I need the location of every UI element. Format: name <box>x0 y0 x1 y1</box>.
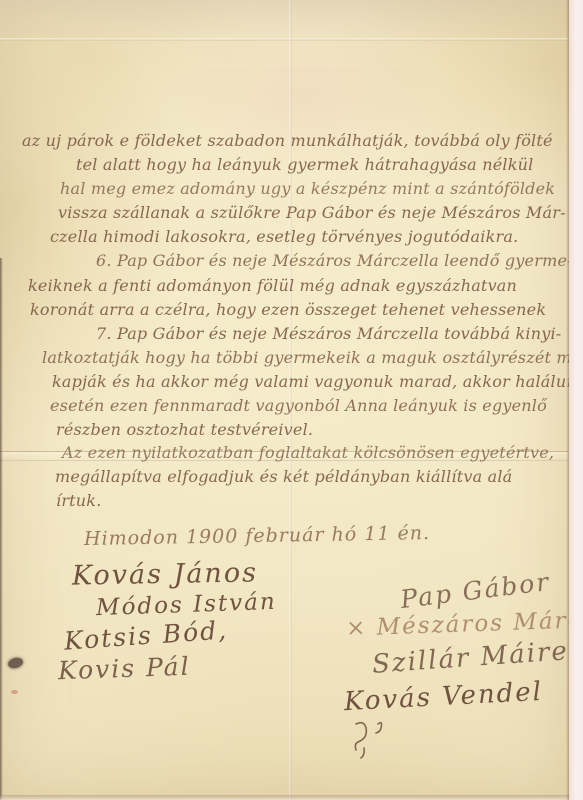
date-line: Himodon 1900 február hó 11 én. <box>84 522 430 550</box>
signature: Kovás Vendel <box>343 677 543 717</box>
signature: Módos István <box>96 589 278 621</box>
handwritten-line: részben osztozhat testvéreivel. <box>56 420 313 439</box>
signature: Kovis Pál <box>58 652 191 686</box>
handwritten-line: tel alatt hogy ha leányuk gyermek hátrah… <box>76 155 533 174</box>
scanner-background-strip <box>569 0 583 800</box>
fold-crease-top <box>0 38 569 41</box>
handwritten-line: kapják és ha akkor még valami vagyonuk m… <box>52 372 569 391</box>
pen-flourish <box>350 718 394 760</box>
handwritten-line: esetén ezen fennmaradt vagyonból Anna le… <box>50 396 547 415</box>
handwritten-line-clause-6: 6. Pap Gábor és neje Mészáros Márczella … <box>96 251 569 270</box>
handwritten-line: koronát arra a czélra, hogy ezen összege… <box>30 300 546 319</box>
signature: Kotsis Bód, <box>63 615 229 655</box>
paper-edge-shadow-right <box>566 0 569 800</box>
handwritten-line: keiknek a fenti adományon fölül még adna… <box>28 276 517 295</box>
ink-blot <box>7 656 24 669</box>
handwritten-line: czella himodi lakosokra, esetleg törvény… <box>50 227 518 246</box>
signature-with-cross-mark: × Mészáros Márcze <box>346 606 569 641</box>
handwritten-line: vissza szállanak a szülőkre Pap Gábor és… <box>58 203 566 222</box>
handwritten-line: az uj párok e földeket szabadon munkálha… <box>22 131 553 150</box>
handwritten-line-clause-7: 7. Pap Gábor és neje Mészáros Márczella … <box>96 324 561 343</box>
red-speck <box>11 690 18 694</box>
handwritten-line: latkoztatják hogy ha többi gyermekeik a … <box>42 348 569 367</box>
paper-edge-shadow-left <box>0 258 3 800</box>
handwritten-line-closing: Az ezen nyilatkozatban foglaltakat kölcs… <box>62 443 554 462</box>
signature: Kovás János <box>72 557 258 591</box>
paper-edge-shadow-bottom <box>0 795 569 800</box>
signature: Szillár Máire <box>371 636 569 680</box>
paper-sheet: az uj párok e földeket szabadon munkálha… <box>0 0 569 800</box>
handwritten-line: hal meg emez adomány ugy a készpénz mint… <box>60 179 555 198</box>
scanned-document: az uj párok e földeket szabadon munkálha… <box>0 0 583 800</box>
signature: Pap Gábor <box>399 567 552 614</box>
handwritten-line-closing: megállapítva elfogadjuk és két példányba… <box>55 467 512 486</box>
handwritten-line-closing: írtuk. <box>56 491 101 510</box>
